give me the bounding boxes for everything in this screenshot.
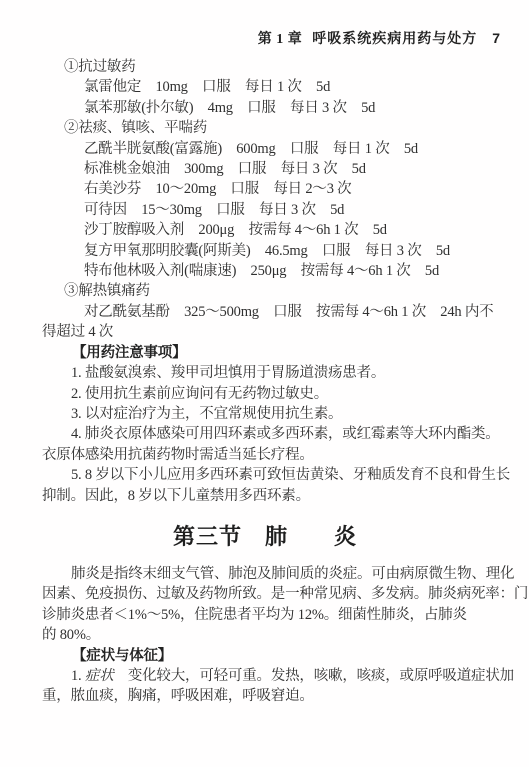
symptom-number: 1.: [71, 668, 85, 684]
note-line-1: 1. 盐酸氨溴索、羧甲司坦慎用于胃肠道溃疡患者。: [42, 363, 488, 383]
symptom-line: 1. 症状 变化较大，可轻可重。发热，咳嗽，咳痰，或原呼吸道症状加: [42, 666, 488, 686]
category-line-antipyretic: ③解热镇痛药: [42, 281, 488, 301]
symptoms-signs-heading: 【症状与体征】: [42, 646, 488, 666]
page-number: 7: [492, 29, 500, 47]
section-heading-pneumonia: 第三节 肺 炎: [42, 522, 488, 552]
note-line-5-cont: 抑制。因此，8 岁以下儿童禁用多西环素。: [42, 486, 488, 506]
page-content: ①抗过敏药 氯雷他定 10mg 口服 每日 1 次 5d 氯苯那敏(扑尔敏) 4…: [42, 57, 488, 707]
note-line-5: 5. 8 岁以下小儿应用多西环素可致恒齿黄染、牙釉质发育不良和骨生长: [42, 465, 488, 485]
symptom-line-cont: 重，脓血痰，胸痛，呼吸困难，呼吸窘迫。: [42, 686, 488, 706]
rx-line-acetylcysteine: 乙酰半胱氨酸(富露施) 600mg 口服 每日 1 次 5d: [42, 139, 488, 159]
rx-line-chlorpheniramine: 氯苯那敏(扑尔敏) 4mg 口服 每日 3 次 5d: [42, 98, 488, 118]
note-line-2: 2. 使用抗生素前应询问有无药物过敏史。: [42, 384, 488, 404]
book-page: 第 1 章 呼吸系统疾病用药与处方 7 ①抗过敏药 氯雷他定 10mg 口服 每…: [0, 0, 529, 767]
note-line-4: 4. 肺炎衣原体感染可用四环素或多西环素，或红霉素等大环内酯类。: [42, 424, 488, 444]
pneumonia-intro-line-3: 诊肺炎患者＜1%～5%，住院患者平均为 12%。细菌性肺炎，占肺炎: [42, 605, 488, 625]
rx-line-methoxyphenamine: 复方甲氧那明胶囊(阿斯美) 46.5mg 口服 每日 3 次 5d: [42, 241, 488, 261]
rx-line-dextromethorphan: 右美沙芬 10～20mg 口服 每日 2～3 次: [42, 179, 488, 199]
rx-line-paracetamol-cont: 得超过 4 次: [42, 322, 488, 342]
rx-line-codeine: 可待因 15～30mg 口服 每日 3 次 5d: [42, 200, 488, 220]
medication-notes-heading: 【用药注意事项】: [42, 343, 488, 363]
chapter-title: 呼吸系统疾病用药与处方: [312, 31, 477, 49]
symptom-term: 症状: [85, 668, 114, 684]
running-header: 第 1 章 呼吸系统疾病用药与处方 7: [258, 29, 500, 49]
category-line-expectorant: ②祛痰、镇咳、平喘药: [42, 118, 488, 138]
rx-line-terbutaline: 特布他林吸入剂(喘康速) 250μg 按需每 4～6h 1 次 5d: [42, 261, 488, 281]
note-line-3: 3. 以对症治疗为主，不宜常规使用抗生素。: [42, 404, 488, 424]
pneumonia-intro-line-1: 肺炎是指终末细支气管、肺泡及肺间质的炎症。可由病原微生物、理化: [42, 564, 488, 584]
rx-line-salbutamol: 沙丁胺醇吸入剂 200μg 按需每 4～6h 1 次 5d: [42, 220, 488, 240]
note-line-4-cont: 衣原体感染用抗菌药物时需适当延长疗程。: [42, 445, 488, 465]
rx-line-loratadine: 氯雷他定 10mg 口服 每日 1 次 5d: [42, 77, 488, 97]
pneumonia-intro-line-2: 因素、免疫损伤、过敏及药物所致。是一种常见病、多发病。肺炎病死率：门: [42, 584, 488, 604]
pneumonia-intro-line-4: 的 80%。: [42, 625, 488, 645]
rx-line-myrtol: 标准桃金娘油 300mg 口服 每日 3 次 5d: [42, 159, 488, 179]
category-line-antiallergic: ①抗过敏药: [42, 57, 488, 77]
rx-line-paracetamol: 对乙酰氨基酚 325～500mg 口服 按需每 4～6h 1 次 24h 内不: [42, 302, 488, 322]
symptom-text: 变化较大，可轻可重。发热，咳嗽，咳痰，或原呼吸道症状加: [114, 668, 514, 684]
chapter-label: 第 1 章: [258, 31, 303, 49]
